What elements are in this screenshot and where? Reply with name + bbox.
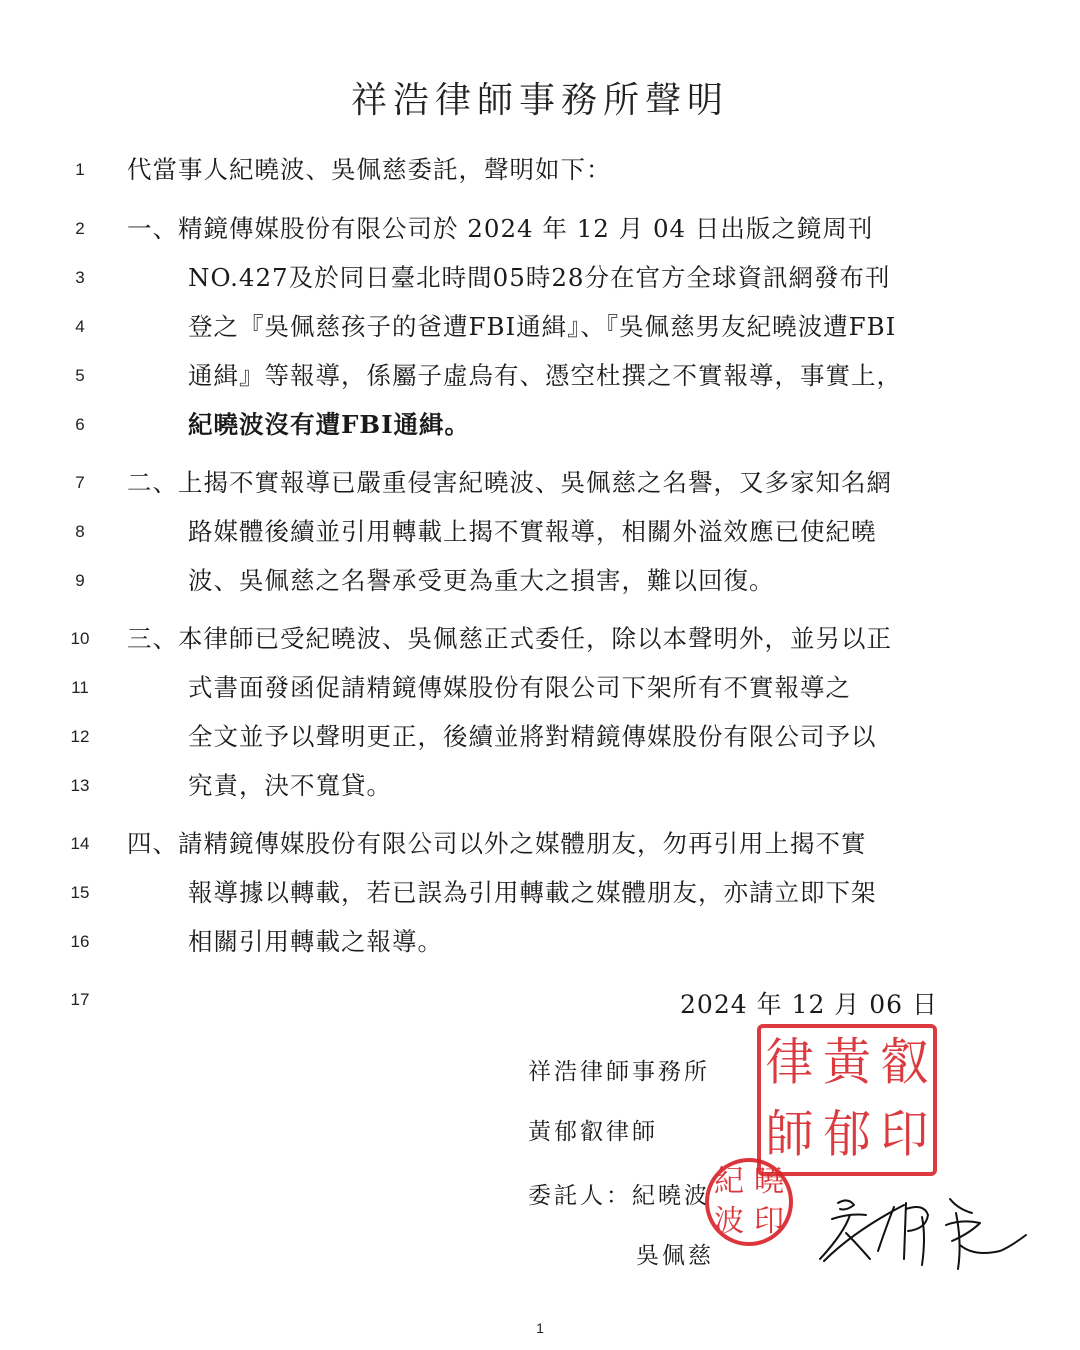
lawyer-seal-icon: 律 黃 叡 師 郁 印 <box>757 1024 937 1176</box>
document-line: 9波、吳佩慈之名譽承受更為重大之損害，難以回復。 <box>0 561 1080 601</box>
line-number: 9 <box>60 561 100 601</box>
page-number: 1 <box>0 1320 1080 1336</box>
seal-char: 郁 <box>818 1098 875 1174</box>
client-2-name: 吳佩慈 <box>636 1237 714 1270</box>
document-line: 8路媒體後續並引用轉載上揭不實報導，相關外溢效應已使紀曉 <box>0 512 1080 552</box>
line-number: 3 <box>60 258 100 298</box>
document-page: 祥浩律師事務所聲明 1代當事人紀曉波、吳佩慈委託，聲明如下：2一、精鏡傳媒股份有… <box>0 0 1080 1350</box>
line-number: 15 <box>60 873 100 913</box>
line-text: NO.427及於同日臺北時間05時28分在官方全球資訊網發布刊 <box>188 258 891 298</box>
seal-char: 印 <box>749 1202 789 1242</box>
seal-char: 波 <box>709 1202 749 1242</box>
document-line: 4登之『吳佩慈孩子的爸遭FBI通緝』、『吳佩慈男友紀曉波遭FBI <box>0 307 1080 347</box>
line-number: 8 <box>60 512 100 552</box>
seal-char: 律 <box>761 1026 818 1102</box>
document-line: 5通緝』等報導，係屬子虛烏有、憑空杜撰之不實報導，事實上， <box>0 356 1080 396</box>
line-number: 1 <box>60 150 100 190</box>
line-text: 通緝』等報導，係屬子虛烏有、憑空杜撰之不實報導，事實上， <box>188 356 902 396</box>
line-text: 紀曉波沒有遭FBI通緝。 <box>188 405 470 445</box>
client-label: 委託人：紀曉波 <box>528 1177 710 1210</box>
line-number: 14 <box>60 824 100 864</box>
line-number: 13 <box>60 766 100 806</box>
line-text: 相關引用轉載之報導。 <box>188 922 443 962</box>
line-text: 代當事人紀曉波、吳佩慈委託，聲明如下： <box>127 150 612 190</box>
line-number: 7 <box>60 463 100 503</box>
line-number: 17 <box>60 980 100 1020</box>
document-line: 3NO.427及於同日臺北時間05時28分在官方全球資訊網發布刊 <box>0 258 1080 298</box>
line-text: 究責，決不寬貸。 <box>188 766 392 806</box>
document-line: 1代當事人紀曉波、吳佩慈委託，聲明如下： <box>0 150 1080 190</box>
document-line: 11式書面發函促請精鏡傳媒股份有限公司下架所有不實報導之 <box>0 668 1080 708</box>
document-title: 祥浩律師事務所聲明 <box>0 72 1080 123</box>
line-number: 4 <box>60 307 100 347</box>
line-text: 式書面發函促請精鏡傳媒股份有限公司下架所有不實報導之 <box>188 668 851 708</box>
handwritten-signature-icon <box>810 1185 1030 1275</box>
line-text: 登之『吳佩慈孩子的爸遭FBI通緝』、『吳佩慈男友紀曉波遭FBI <box>188 307 896 347</box>
line-number: 16 <box>60 922 100 962</box>
line-number: 2 <box>60 209 100 249</box>
line-text: 三、本律師已受紀曉波、吳佩慈正式委任，除以本聲明外，並另以正 <box>127 619 892 659</box>
document-line: 6紀曉波沒有遭FBI通緝。 <box>0 405 1080 445</box>
seal-char: 黃 <box>818 1026 875 1102</box>
line-number: 12 <box>60 717 100 757</box>
client-seal-icon: 紀 曉 波 印 <box>705 1158 793 1246</box>
document-line: 13究責，決不寬貸。 <box>0 766 1080 806</box>
document-line: 7二、上揭不實報導已嚴重侵害紀曉波、吳佩慈之名譽，又多家知名網 <box>0 463 1080 503</box>
line-text: 報導據以轉載，若已誤為引用轉載之媒體朋友，亦請立即下架 <box>188 873 877 913</box>
line-text: 二、上揭不實報導已嚴重侵害紀曉波、吳佩慈之名譽，又多家知名網 <box>127 463 892 503</box>
line-number: 6 <box>60 405 100 445</box>
document-line: 16相關引用轉載之報導。 <box>0 922 1080 962</box>
document-line: 14四、請精鏡傳媒股份有限公司以外之媒體朋友，勿再引用上揭不實 <box>0 824 1080 864</box>
seal-char: 印 <box>876 1098 933 1174</box>
document-line: 10三、本律師已受紀曉波、吳佩慈正式委任，除以本聲明外，並另以正 <box>0 619 1080 659</box>
line-text: 全文並予以聲明更正，後續並將對精鏡傳媒股份有限公司予以 <box>188 717 877 757</box>
seal-char: 曉 <box>749 1162 789 1202</box>
statement-date: 2024 年 12 月 06 日 <box>680 985 938 1021</box>
line-number: 10 <box>60 619 100 659</box>
document-line: 12全文並予以聲明更正，後續並將對精鏡傳媒股份有限公司予以 <box>0 717 1080 757</box>
line-number: 5 <box>60 356 100 396</box>
line-text: 一、精鏡傳媒股份有限公司於 2024 年 12 月 04 日出版之鏡周刊 <box>127 209 873 249</box>
seal-char: 叡 <box>876 1026 933 1102</box>
document-line: 15報導據以轉載，若已誤為引用轉載之媒體朋友，亦請立即下架 <box>0 873 1080 913</box>
firm-name: 祥浩律師事務所 <box>528 1053 710 1086</box>
line-number: 11 <box>60 668 100 708</box>
seal-char: 紀 <box>709 1162 749 1202</box>
document-line: 2一、精鏡傳媒股份有限公司於 2024 年 12 月 04 日出版之鏡周刊 <box>0 209 1080 249</box>
line-text: 路媒體後續並引用轉載上揭不實報導，相關外溢效應已使紀曉 <box>188 512 877 552</box>
lawyer-name: 黃郁叡律師 <box>528 1113 658 1146</box>
line-text: 四、請精鏡傳媒股份有限公司以外之媒體朋友，勿再引用上揭不實 <box>127 824 867 864</box>
line-text: 波、吳佩慈之名譽承受更為重大之損害，難以回復。 <box>188 561 775 601</box>
